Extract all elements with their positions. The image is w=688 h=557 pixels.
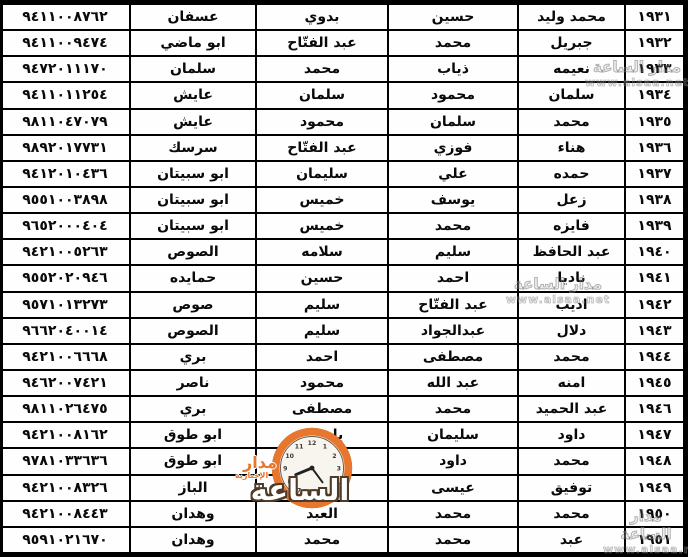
first-name-cell: عبد الحميد (518, 396, 625, 422)
father-name-cell: محمد (388, 527, 518, 553)
family-name-cell: ابو ماضي (130, 30, 256, 56)
grandfather-name-cell: خميس (256, 213, 388, 239)
table-row: ١٩٤٢اديبعبد الفتّاحسليمصوص٩٥٧١٠١٣٢٧٣ (0, 292, 684, 318)
serial-cell: ١٩٣٣ (625, 56, 684, 82)
father-name-cell: سليمان (388, 422, 518, 448)
table-row: ١٩٤١ناديااحمدحسينحمايده٩٥٥٢٠٢٠٩٤٦ (0, 265, 684, 291)
id-number-cell: ٩٧٨١٠٣٣٦٣٦ (0, 448, 130, 474)
table-row: ١٩٣٢جبريلمحمدعبد الفتّاحابو ماضي٩٤١١٠٠٩٤… (0, 30, 684, 56)
id-number-cell: ٩٦٥٢٠٠٠٤٠٤ (0, 213, 130, 239)
serial-cell: ١٩٣١ (625, 4, 684, 30)
id-number-cell: ٩٨٩٢٠١٧٧٣١ (0, 135, 130, 161)
first-name-cell: توفيق (518, 475, 625, 501)
table-row: ١٩٣١محمد وليدحسينبدويعسفان٩٤١١٠٠٨٧٦٢ (0, 4, 684, 30)
names-table: ١٩٣١محمد وليدحسينبدويعسفان٩٤١١٠٠٨٧٦٢١٩٣٢… (0, 3, 685, 554)
father-name-cell: ذياب (388, 56, 518, 82)
father-name-cell: محمد (388, 501, 518, 527)
father-name-cell: سليم (388, 239, 518, 265)
grandfather-name-cell: محمود (256, 109, 388, 135)
first-name-cell: عبد الحافظ (518, 239, 625, 265)
first-name-cell: سلمان (518, 82, 625, 108)
family-name-cell: عايش (130, 109, 256, 135)
grandfather-name-cell: محمد (256, 527, 388, 553)
grandfather-name-cell: خميس (256, 187, 388, 213)
father-name-cell: عيسى (388, 475, 518, 501)
first-name-cell: محمد (518, 501, 625, 527)
table-row: ١٩٥٠محمدمحمدالعبدوهدان٩٤٢١٠٠٨٤٤٣ (0, 501, 684, 527)
father-name-cell: يوسف (388, 187, 518, 213)
grandfather-name-cell: سليمان (256, 161, 388, 187)
serial-cell: ١٩٤٠ (625, 239, 684, 265)
family-name-cell: صوص (130, 292, 256, 318)
family-name-cell: ابو سبيتان (130, 213, 256, 239)
id-number-cell: ٩٤٦٢٠٠٧٤٢١ (0, 370, 130, 396)
serial-cell: ١٩٣٥ (625, 109, 684, 135)
document-page: ١٩٣١محمد وليدحسينبدويعسفان٩٤١١٠٠٨٧٦٢١٩٣٢… (0, 0, 688, 557)
first-name-cell: داود (518, 422, 625, 448)
table-row: ١٩٣٥محمدسلمانمحمودعايش٩٨١١٠٤٧٠٧٩ (0, 109, 684, 135)
family-name-cell: ناصر (130, 370, 256, 396)
table-row: ١٩٤٨محمدداودابو طوق٩٧٨١٠٣٣٦٣٦ (0, 448, 684, 474)
grandfather-name-cell: سليم (256, 318, 388, 344)
father-name-cell: عبد الفتّاح (388, 292, 518, 318)
grandfather-name-cell: ياسين (256, 422, 388, 448)
father-name-cell: فوزي (388, 135, 518, 161)
table-row: ١٩٣٨زعليوسفخميسابو سبيتان٩٥٥١٠٠٣٨٩٨ (0, 187, 684, 213)
serial-cell: ١٩٤٧ (625, 422, 684, 448)
grandfather-name-cell: احمد (256, 344, 388, 370)
serial-cell: ١٩٣٧ (625, 161, 684, 187)
grandfather-name-cell: حسين (256, 475, 388, 501)
id-number-cell: ٩٤٢١٠٠٨٤٤٣ (0, 501, 130, 527)
id-number-cell: ٩٤١١٠١١٢٥٤ (0, 82, 130, 108)
family-name-cell: الباز (130, 475, 256, 501)
father-name-cell: محمد (388, 396, 518, 422)
first-name-cell: دلال (518, 318, 625, 344)
grandfather-name-cell: العبد (256, 501, 388, 527)
id-number-cell: ٩٨١١٠٤٧٠٧٩ (0, 109, 130, 135)
family-name-cell: الصوص (130, 318, 256, 344)
family-name-cell: ابو سبيتان (130, 161, 256, 187)
table-row: ١٩٥١عبدمحمدمحمدوهدان٩٥٩١٠٢١٦٧٠ (0, 527, 684, 553)
serial-cell: ١٩٣٩ (625, 213, 684, 239)
first-name-cell: ناديا (518, 265, 625, 291)
id-number-cell: ٩٤١١٠٠٨٧٦٢ (0, 4, 130, 30)
serial-cell: ١٩٤٢ (625, 292, 684, 318)
grandfather-name-cell: محمود (256, 370, 388, 396)
table-row: ١٩٣٩فايزهمحمدخميسابو سبيتان٩٦٥٢٠٠٠٤٠٤ (0, 213, 684, 239)
grandfather-name-cell: بدوي (256, 4, 388, 30)
table-row: ١٩٤٩توفيقعيسىحسينالباز٩٤٢١٠٠٨٣٢٦ (0, 475, 684, 501)
family-name-cell: عسفان (130, 4, 256, 30)
grandfather-name-cell: سليم (256, 292, 388, 318)
serial-cell: ١٩٥١ (625, 527, 684, 553)
id-number-cell: ٩٤١٢٠١٠٤٣٦ (0, 161, 130, 187)
id-number-cell: ٩٤٢١٠٠٦٦٦٨ (0, 344, 130, 370)
first-name-cell: هناء (518, 135, 625, 161)
serial-cell: ١٩٤٨ (625, 448, 684, 474)
first-name-cell: محمد وليد (518, 4, 625, 30)
first-name-cell: محمد (518, 448, 625, 474)
table-row: ١٩٣٤سلمانمحمودسلمانعايش٩٤١١٠١١٢٥٤ (0, 82, 684, 108)
father-name-cell: علي (388, 161, 518, 187)
serial-cell: ١٩٤٣ (625, 318, 684, 344)
father-name-cell: مصطفى (388, 344, 518, 370)
father-name-cell: حسين (388, 4, 518, 30)
table-row: ١٩٤٣دلالعبدالجوادسليمالصوص٩٦٦٢٠٤٠٠١٤ (0, 318, 684, 344)
serial-cell: ١٩٤١ (625, 265, 684, 291)
table-row: ١٩٤٥امنهعبد اللهمحمودناصر٩٤٦٢٠٠٧٤٢١ (0, 370, 684, 396)
table-row: ١٩٣٣نعيمهذيابمحمدسلمان٩٤٧٢٠١١١٧٠ (0, 56, 684, 82)
family-name-cell: وهدان (130, 501, 256, 527)
father-name-cell: عبد الله (388, 370, 518, 396)
id-number-cell: ٩٥٧١٠١٣٢٧٣ (0, 292, 130, 318)
grandfather-name-cell: سلامه (256, 239, 388, 265)
first-name-cell: محمد (518, 109, 625, 135)
serial-cell: ١٩٤٥ (625, 370, 684, 396)
first-name-cell: عبد (518, 527, 625, 553)
first-name-cell: حمده (518, 161, 625, 187)
father-name-cell: محمد (388, 30, 518, 56)
family-name-cell: وهدان (130, 527, 256, 553)
family-name-cell: سرسك (130, 135, 256, 161)
table-row: ١٩٤٠عبد الحافظسليمسلامهالصوص٩٤٢١٠٠٥٢٦٣ (0, 239, 684, 265)
grandfather-name-cell: عبد الفتّاح (256, 135, 388, 161)
family-name-cell: الصوص (130, 239, 256, 265)
family-name-cell: ابو طوق (130, 448, 256, 474)
family-name-cell: حمايده (130, 265, 256, 291)
grandfather-name-cell: محمد (256, 56, 388, 82)
id-number-cell: ٩٤٧٢٠١١١٧٠ (0, 56, 130, 82)
grandfather-name-cell (256, 448, 388, 474)
id-number-cell: ٩٥٥٢٠٢٠٩٤٦ (0, 265, 130, 291)
father-name-cell: سلمان (388, 109, 518, 135)
table-row: ١٩٣٧حمدهعليسليمانابو سبيتان٩٤١٢٠١٠٤٣٦ (0, 161, 684, 187)
grandfather-name-cell: سلمان (256, 82, 388, 108)
family-name-cell: ابو سبيتان (130, 187, 256, 213)
table-row: ١٩٣٦هناءفوزيعبد الفتّاحسرسك٩٨٩٢٠١٧٧٣١ (0, 135, 684, 161)
father-name-cell: عبدالجواد (388, 318, 518, 344)
id-number-cell: ٩٤٢١٠٠٨١٦٢ (0, 422, 130, 448)
father-name-cell: محمد (388, 213, 518, 239)
father-name-cell: محمود (388, 82, 518, 108)
first-name-cell: امنه (518, 370, 625, 396)
id-number-cell: ٩٥٩١٠٢١٦٧٠ (0, 527, 130, 553)
id-number-cell: ٩٦٦٢٠٤٠٠١٤ (0, 318, 130, 344)
serial-cell: ١٩٤٦ (625, 396, 684, 422)
father-name-cell: احمد (388, 265, 518, 291)
grandfather-name-cell: مصطفى (256, 396, 388, 422)
id-number-cell: ٩٤٢١٠٠٥٢٦٣ (0, 239, 130, 265)
first-name-cell: فايزه (518, 213, 625, 239)
first-name-cell: جبريل (518, 30, 625, 56)
serial-cell: ١٩٣٨ (625, 187, 684, 213)
first-name-cell: اديب (518, 292, 625, 318)
family-name-cell: بري (130, 344, 256, 370)
serial-cell: ١٩٤٤ (625, 344, 684, 370)
id-number-cell: ٩٥٥١٠٠٣٨٩٨ (0, 187, 130, 213)
id-number-cell: ٩٤٢١٠٠٨٣٢٦ (0, 475, 130, 501)
serial-cell: ١٩٥٠ (625, 501, 684, 527)
grandfather-name-cell: حسين (256, 265, 388, 291)
table-row: ١٩٤٤محمدمصطفىاحمدبري٩٤٢١٠٠٦٦٦٨ (0, 344, 684, 370)
grandfather-name-cell: عبد الفتّاح (256, 30, 388, 56)
first-name-cell: محمد (518, 344, 625, 370)
family-name-cell: بري (130, 396, 256, 422)
serial-cell: ١٩٣٤ (625, 82, 684, 108)
table-row: ١٩٤٧داودسليمانياسينابو طوق٩٤٢١٠٠٨١٦٢ (0, 422, 684, 448)
id-number-cell: ٩٨١١٠٢٦٤٧٥ (0, 396, 130, 422)
table-row: ١٩٤٦عبد الحميدمحمدمصطفىبري٩٨١١٠٢٦٤٧٥ (0, 396, 684, 422)
family-name-cell: عايش (130, 82, 256, 108)
first-name-cell: زعل (518, 187, 625, 213)
father-name-cell: داود (388, 448, 518, 474)
family-name-cell: ابو طوق (130, 422, 256, 448)
id-number-cell: ٩٤١١٠٠٩٤٧٤ (0, 30, 130, 56)
serial-cell: ١٩٤٩ (625, 475, 684, 501)
serial-cell: ١٩٣٦ (625, 135, 684, 161)
serial-cell: ١٩٣٢ (625, 30, 684, 56)
family-name-cell: سلمان (130, 56, 256, 82)
first-name-cell: نعيمه (518, 56, 625, 82)
